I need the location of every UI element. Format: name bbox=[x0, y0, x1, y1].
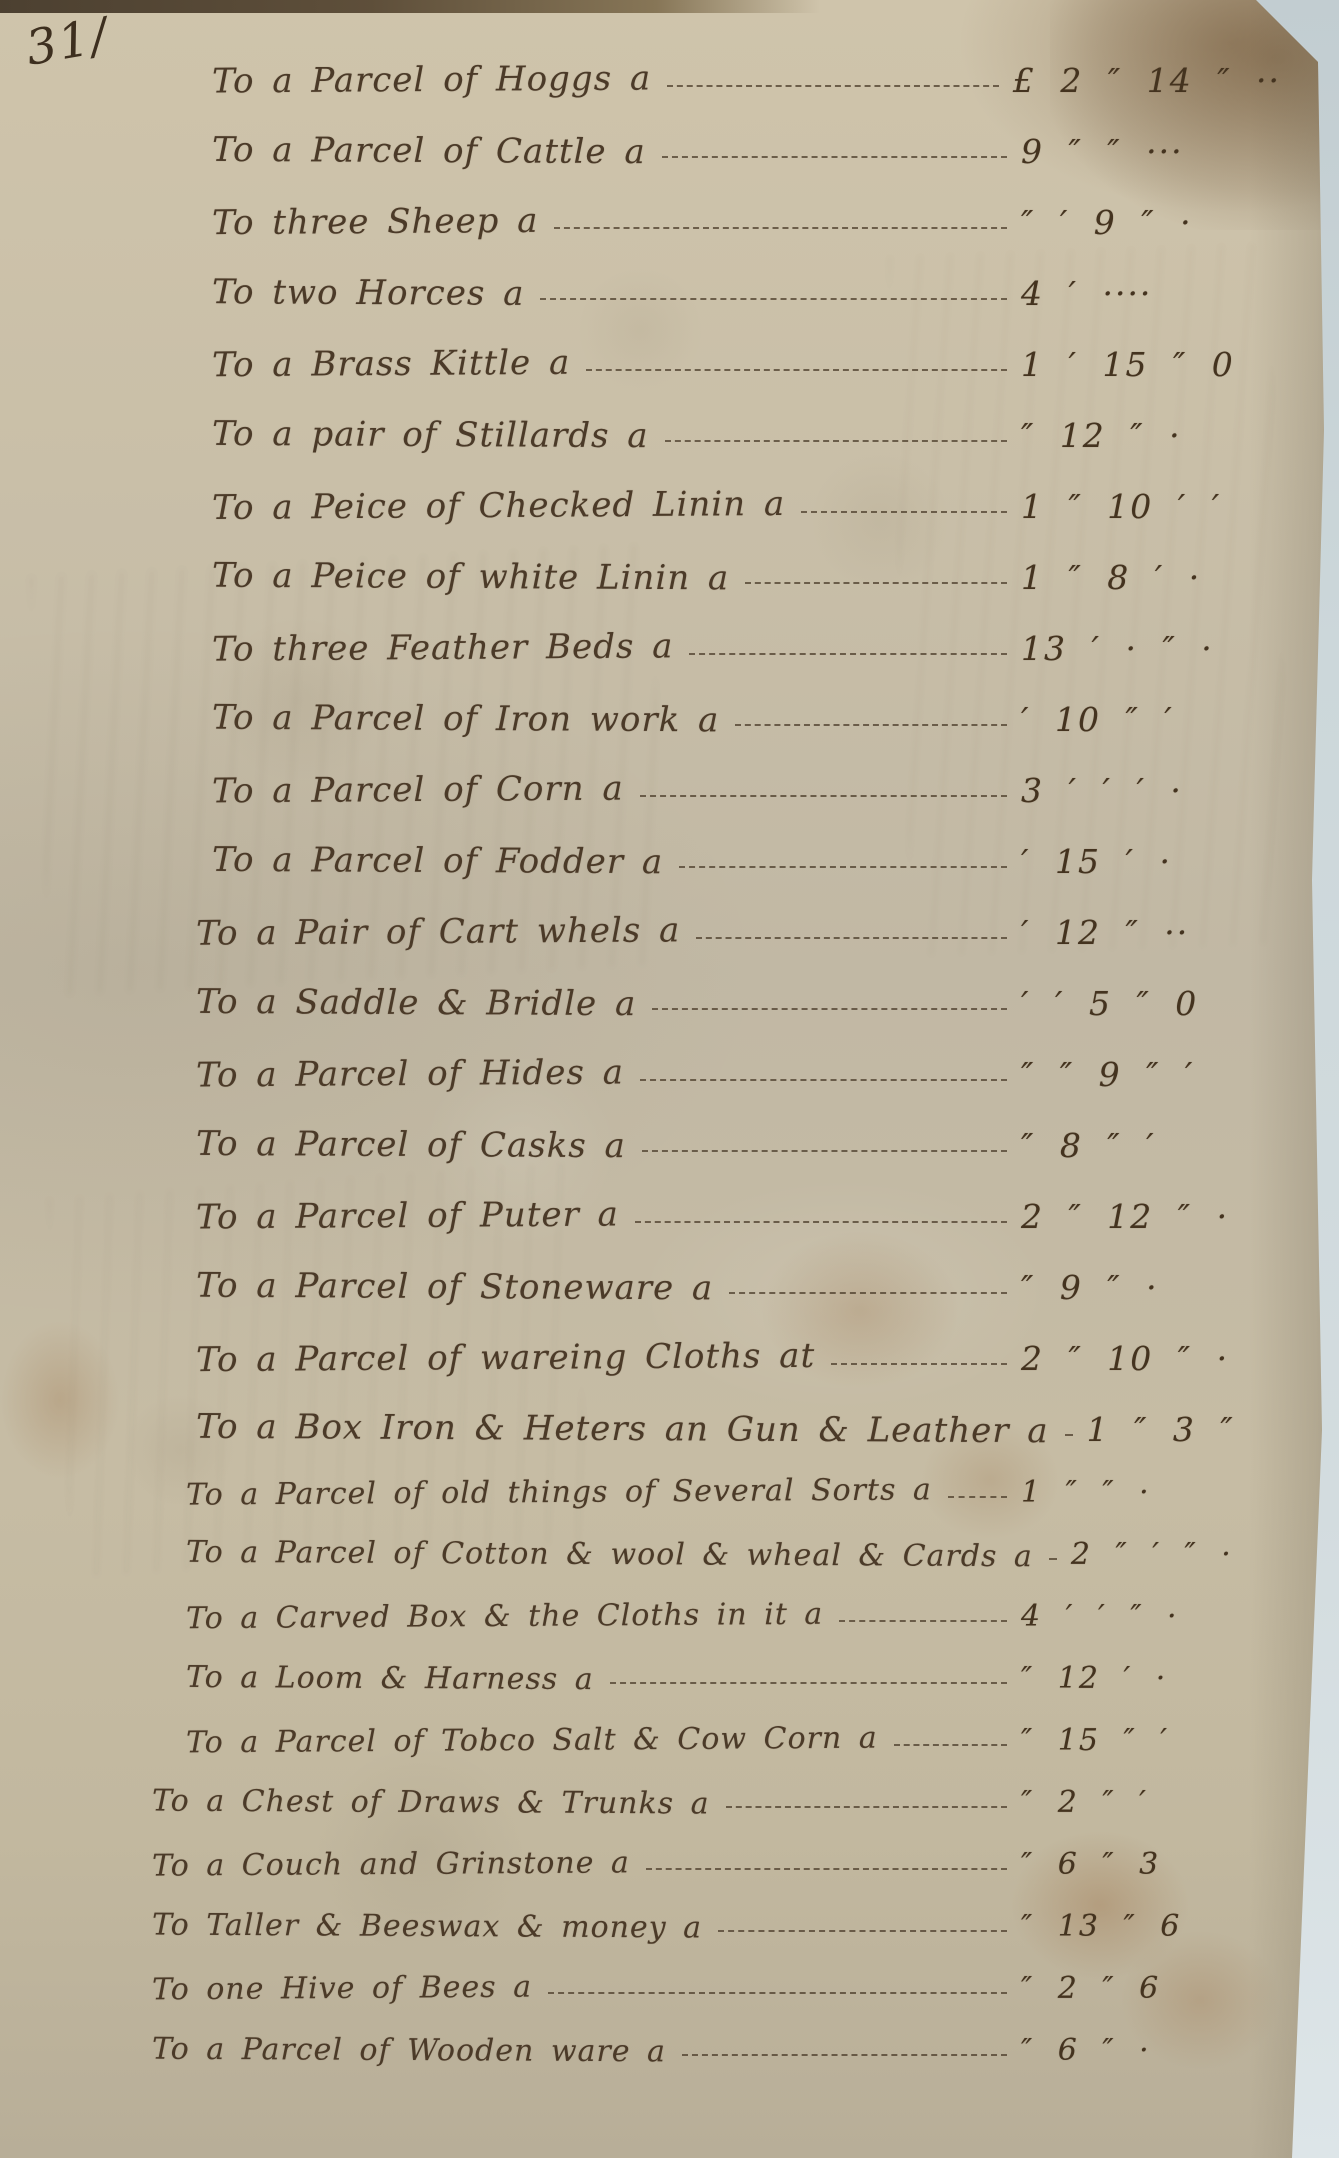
photograph: 31/ To a Parcel of Hoggs a £ 2 ″ 14 ″ ··… bbox=[0, 0, 1339, 2158]
ledger-row: To a Parcel of Stoneware a ″ 9 ″ · bbox=[0, 1233, 1281, 1304]
leader-line bbox=[586, 369, 1007, 371]
ledger-row: To a Parcel of Cotton & wool & wheal & C… bbox=[0, 1508, 1281, 1570]
amount-text: ″ 6 ″ · bbox=[1021, 2036, 1281, 2066]
ledger-row: To a Pair of Cart whels a ′ 12 ″ ·· bbox=[0, 878, 1281, 949]
item-text: To a Parcel of Fodder a bbox=[212, 843, 663, 879]
item-text: To a Parcel of Iron work a bbox=[212, 701, 720, 738]
item-text: To a Chest of Draws & Trunks a bbox=[152, 1787, 710, 1820]
ledger-row: To a Parcel of Puter a 2 ″ 12 ″ · bbox=[0, 1162, 1281, 1233]
leader-line bbox=[640, 1079, 1007, 1081]
ledger-row: To a Parcel of old things of Several Sor… bbox=[0, 1446, 1281, 1508]
ledger-row: To a Parcel of Hides a ″ ″ 9 ″ ′ bbox=[0, 1020, 1281, 1091]
ledger-row: To a Parcel of Corn a 3 ′ ′ ′ · bbox=[0, 736, 1281, 807]
leader-line bbox=[640, 795, 1007, 797]
leader-line bbox=[610, 1682, 1007, 1684]
amount-text: 4 ′ ···· bbox=[1021, 277, 1281, 310]
amount-text: 1 ″ ″ · bbox=[1021, 1478, 1281, 1508]
item-text: To a Parcel of Corn a bbox=[212, 772, 624, 809]
manuscript-page: 31/ To a Parcel of Hoggs a £ 2 ″ 14 ″ ··… bbox=[0, 0, 1339, 2158]
item-text: To a Saddle & Bridle a bbox=[196, 985, 636, 1021]
item-text: To a Carved Box & the Cloths in it a bbox=[186, 1600, 823, 1634]
leader-line bbox=[635, 1221, 1007, 1223]
item-text: To three Feather Beds a bbox=[212, 629, 674, 666]
leader-line bbox=[682, 2054, 1007, 2056]
page-top-edge bbox=[0, 0, 820, 13]
item-text: To a Loom & Harness a bbox=[186, 1663, 594, 1695]
amount-text: 1 ″ 3 ″ bbox=[1087, 1413, 1339, 1446]
item-text: To a pair of Stillards a bbox=[212, 417, 649, 453]
item-text: To a Brass Kittle a bbox=[212, 346, 571, 383]
leader-line bbox=[646, 1868, 1007, 1870]
leader-line bbox=[745, 582, 1007, 584]
amount-text: £ 2 ″ 14 ″ ·· bbox=[1013, 64, 1281, 97]
leader-line bbox=[548, 1992, 1007, 1994]
amount-text: ″ 2 ″ 6 bbox=[1021, 1974, 1281, 2004]
item-text: To a Parcel of Stoneware a bbox=[196, 1269, 713, 1306]
amount-text: ″ 6 ″ 3 bbox=[1021, 1850, 1281, 1880]
leader-line bbox=[540, 298, 1007, 300]
ledger-row: To a Parcel of wareing Cloths at 2 ″ 10 … bbox=[0, 1304, 1281, 1375]
amount-text: 2 ″ ′ ″ · bbox=[1071, 1540, 1331, 1570]
amount-text: ″ 8 ″ ′ bbox=[1021, 1129, 1281, 1162]
ledger-row: To one Hive of Bees a ″ 2 ″ 6 bbox=[0, 1942, 1281, 2004]
ledger-row: To a Chest of Draws & Trunks a ″ 2 ″ ′ bbox=[0, 1756, 1281, 1818]
ledger-row: To a Parcel of Iron work a ′ 10 ″ ′ bbox=[0, 665, 1281, 736]
item-text: To a Parcel of Wooden ware a bbox=[152, 2035, 666, 2068]
item-text: To a Pair of Cart whels a bbox=[196, 913, 681, 950]
ledger-row: To a Couch and Grinstone a ″ 6 ″ 3 bbox=[0, 1818, 1281, 1880]
ledger-row: To a Parcel of Cattle a 9 ″ ″ ··· bbox=[0, 97, 1281, 168]
item-text: To three Sheep a bbox=[212, 204, 539, 240]
item-text: To a Parcel of old things of Several Sor… bbox=[186, 1475, 932, 1510]
ledger-row: To three Feather Beds a 13 ′ · ″ · bbox=[0, 594, 1281, 665]
amount-text: ″ 9 ″ · bbox=[1021, 1271, 1281, 1304]
amount-text: ′ 12 ″ ·· bbox=[1021, 916, 1281, 949]
item-text: To a Peice of Checked Linin a bbox=[212, 487, 785, 525]
amount-text: 1 ′ 15 ″ 0 bbox=[1021, 348, 1281, 381]
amount-text: 2 ″ 10 ″ · bbox=[1021, 1342, 1281, 1375]
item-text: To a Box Iron & Heters an Gun & Leather … bbox=[196, 1410, 1049, 1448]
leader-line bbox=[642, 1150, 1007, 1152]
leader-line bbox=[667, 85, 999, 87]
amount-text: 1 ″ 8 ′ · bbox=[1021, 561, 1281, 594]
amount-text: 4 ′ ′ ″ · bbox=[1021, 1602, 1281, 1632]
ledger-row: To a Loom & Harness a ″ 12 ′ · bbox=[0, 1632, 1281, 1694]
leader-line bbox=[718, 1930, 1007, 1932]
ledger-row: To three Sheep a ″ ′ 9 ″ · bbox=[0, 168, 1281, 239]
amount-text: ″ ″ 9 ″ ′ bbox=[1021, 1058, 1281, 1091]
amount-text: ″ ′ 9 ″ · bbox=[1021, 206, 1281, 239]
item-text: To a Parcel of Cattle a bbox=[212, 133, 646, 169]
leader-line bbox=[894, 1744, 1007, 1746]
leader-line bbox=[726, 1806, 1007, 1808]
ledger-row: To Taller & Beeswax & money a ″ 13 ″ 6 bbox=[0, 1880, 1281, 1942]
ledger-row: To two Horces a 4 ′ ···· bbox=[0, 239, 1281, 310]
item-text: To a Couch and Grinstone a bbox=[152, 1848, 630, 1881]
amount-text: ″ 12 ″ · bbox=[1021, 419, 1281, 452]
leader-line bbox=[839, 1620, 1007, 1622]
ledger-row: To a Parcel of Casks a ″ 8 ″ ′ bbox=[0, 1091, 1281, 1162]
leader-line bbox=[1065, 1434, 1073, 1436]
ledger-row: To a Saddle & Bridle a ′ ′ 5 ″ 0 bbox=[0, 949, 1281, 1020]
item-text: To a Parcel of wareing Cloths at bbox=[196, 1339, 815, 1377]
amount-text: 9 ″ ″ ··· bbox=[1021, 135, 1281, 168]
ledger-row: To a Parcel of Wooden ware a ″ 6 ″ · bbox=[0, 2004, 1281, 2066]
ledger-row: To a Peice of Checked Linin a 1 ″ 10 ′ ′ bbox=[0, 452, 1281, 523]
amount-text: 1 ″ 10 ′ ′ bbox=[1021, 490, 1281, 523]
leader-line bbox=[735, 724, 1007, 726]
item-text: To a Parcel of Tobco Salt & Cow Corn a bbox=[186, 1724, 878, 1759]
ledger-row: To a Brass Kittle a 1 ′ 15 ″ 0 bbox=[0, 310, 1281, 381]
item-text: To Taller & Beeswax & money a bbox=[152, 1911, 702, 1944]
amount-text: ″ 15 ″ ′ bbox=[1021, 1726, 1281, 1756]
ledger: To a Parcel of Hoggs a £ 2 ″ 14 ″ ·· To … bbox=[0, 26, 1281, 2066]
item-text: To one Hive of Bees a bbox=[152, 1973, 532, 2006]
amount-text: ′ ′ 5 ″ 0 bbox=[1021, 987, 1281, 1020]
leader-line bbox=[831, 1363, 1007, 1365]
leader-line bbox=[948, 1496, 1007, 1498]
ledger-row: To a Parcel of Tobco Salt & Cow Corn a ″… bbox=[0, 1694, 1281, 1756]
leader-line bbox=[554, 227, 1007, 229]
amount-text: ″ 13 ″ 6 bbox=[1021, 1912, 1281, 1942]
amount-text: 3 ′ ′ ′ · bbox=[1021, 774, 1281, 807]
leader-line bbox=[1049, 1558, 1057, 1560]
item-text: To a Parcel of Casks a bbox=[196, 1127, 626, 1163]
ledger-row: To a Parcel of Hoggs a £ 2 ″ 14 ″ ·· bbox=[0, 26, 1281, 97]
item-text: To a Peice of white Linin a bbox=[212, 559, 729, 596]
ledger-row: To a Box Iron & Heters an Gun & Leather … bbox=[0, 1375, 1281, 1446]
item-text: To a Parcel of Cotton & wool & wheal & C… bbox=[186, 1538, 1033, 1572]
amount-text: ′ 15 ′ · bbox=[1021, 845, 1281, 878]
leader-line bbox=[689, 653, 1007, 655]
amount-text: ′ 10 ″ ′ bbox=[1021, 703, 1281, 736]
ledger-row: To a Peice of white Linin a 1 ″ 8 ′ · bbox=[0, 523, 1281, 594]
ledger-row: To a pair of Stillards a ″ 12 ″ · bbox=[0, 381, 1281, 452]
leader-line bbox=[662, 156, 1007, 158]
item-text: To two Horces a bbox=[212, 275, 525, 311]
leader-line bbox=[665, 440, 1007, 442]
amount-text: 13 ′ · ″ · bbox=[1021, 632, 1281, 665]
leader-line bbox=[801, 511, 1007, 513]
amount-text: ″ 2 ″ ′ bbox=[1021, 1788, 1281, 1818]
amount-text: 2 ″ 12 ″ · bbox=[1021, 1200, 1281, 1233]
leader-line bbox=[679, 866, 1007, 868]
ledger-row: To a Parcel of Fodder a ′ 15 ′ · bbox=[0, 807, 1281, 878]
amount-text: ″ 12 ′ · bbox=[1021, 1664, 1281, 1694]
leader-line bbox=[729, 1292, 1007, 1294]
item-text: To a Parcel of Hides a bbox=[196, 1056, 624, 1093]
leader-line bbox=[696, 937, 1007, 939]
item-text: To a Parcel of Puter a bbox=[196, 1198, 619, 1235]
ledger-row: To a Carved Box & the Cloths in it a 4 ′… bbox=[0, 1570, 1281, 1632]
item-text: To a Parcel of Hoggs a bbox=[212, 61, 651, 98]
leader-line bbox=[652, 1008, 1007, 1010]
